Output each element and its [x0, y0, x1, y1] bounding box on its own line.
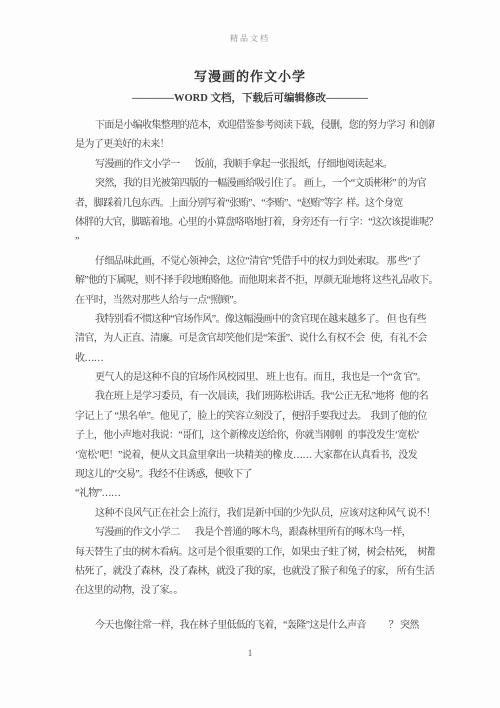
document-line: 下面是小编收集整理的范本，欢迎借鉴参考阅读下载，侵删，您的努力学习 和创新	[75, 116, 435, 135]
page-number: 1	[0, 648, 500, 658]
document-line: 现这儿的“交易”。我经不住诱惑，便收下了	[75, 465, 435, 484]
document-line: 突然，我的目光被第四版的一幅漫画给吸引住了。 画上，一个“文质彬彬” 的为官	[75, 174, 435, 193]
document-line: 子上，他小声地对我说：“哥们，这个新橡皮送给你，你就当刚刚 的事没发生‘宽松’	[75, 426, 435, 445]
document-line: 在这里的动物，没了家。。	[75, 581, 435, 600]
document-line: ”	[75, 232, 435, 251]
document-line: 更气人的是这种不良的官场作风校园里、 班上也有。而且，我也是一个“贪 官”。	[75, 368, 435, 387]
document-line: 我在班上是学习委员，有一次晨读，我们班陈松讲话。我“公正无私”地将 他的名	[75, 387, 435, 406]
document-line: 枯死了，就没了森林，没了森林，就没了我的家，也就没了猴子和兔子的家， 所有生活	[75, 562, 435, 581]
document-line: 者，脚踩着几包东西。上面分别写着“张贿”、“李贿”、“赵贿”等字 样。这个身宽	[75, 194, 435, 213]
document-line: 仔细品味此画，不觉心领神会，这位“清官”凭借手中的权力到处索取。 那 些“了	[75, 252, 435, 271]
document-body: 下面是小编收集整理的范本，欢迎借鉴参考阅读下载，侵删，您的努力学习 和创新 是为…	[75, 116, 435, 635]
document-line: 是为了更美好的未来！	[75, 135, 435, 154]
document-line: “礼物”……	[75, 484, 435, 503]
document-title: 写漫画的作文小学	[0, 66, 500, 85]
document-line: 写漫画的作文小学二 我是个普通的啄木鸟，跟森林里所有的啄木鸟一样，	[75, 523, 435, 542]
document-line: 这种不良风气正在社会上流行，我们是新中国的少先队员，应该对这种风气 说不！	[75, 504, 435, 523]
document-line: 在平时，当然对那些人给与一点“照顾”。	[75, 291, 435, 310]
document-line: 字记上了 “黑名单”。他见了，脸上的笑容立刻没了，便招手要我过去。 我到了他的位	[75, 407, 435, 426]
document-line: 写漫画的作文小学一 饭前，我顺手拿起一张报纸，仔细地阅读起来。	[75, 155, 435, 174]
document-line: 每天替生了虫的树木看病。这可是个很重要的工作，如果虫子蛀了树，树会枯死， 树都	[75, 543, 435, 562]
document-line: 清官，为人正直、清廉。可是贪官却笑他们是“笨蛋”、说什么有权不会 使，有礼不会	[75, 329, 435, 348]
document-line: 体胖的大官，脚踮着地。心里的小算盘咯咯地打着，身旁还有一行 字：“这次该提谁呢？	[75, 213, 435, 232]
document-page: 精品文档 写漫画的作文小学 ————WORD 文档，下载后可编辑修改———— 下…	[0, 0, 500, 708]
document-line: 解”他的下属呢，则不择手段地贿赂他。而他期来者不拒，厚颜无耻地将 这些礼品收下。	[75, 271, 435, 290]
document-line: 收……	[75, 349, 435, 368]
document-subtitle: ————WORD 文档，下载后可编辑修改————	[0, 90, 500, 105]
document-line: ‘宽松’吧！”说着，便从文具盒里拿出一块精美的橡 皮…… 大家都在认真看书，没发	[75, 446, 435, 465]
document-line: 我特别看不惯这种“官场作风”。像这幅漫画中的贪官现在越来越多了。 但 也有些	[75, 310, 435, 329]
document-line: 今天也像往常一样，我在林子里低低的飞着，“轰隆”这是什么声音 ？ 突然	[75, 616, 435, 635]
watermark-header: 精品文档	[0, 33, 500, 44]
